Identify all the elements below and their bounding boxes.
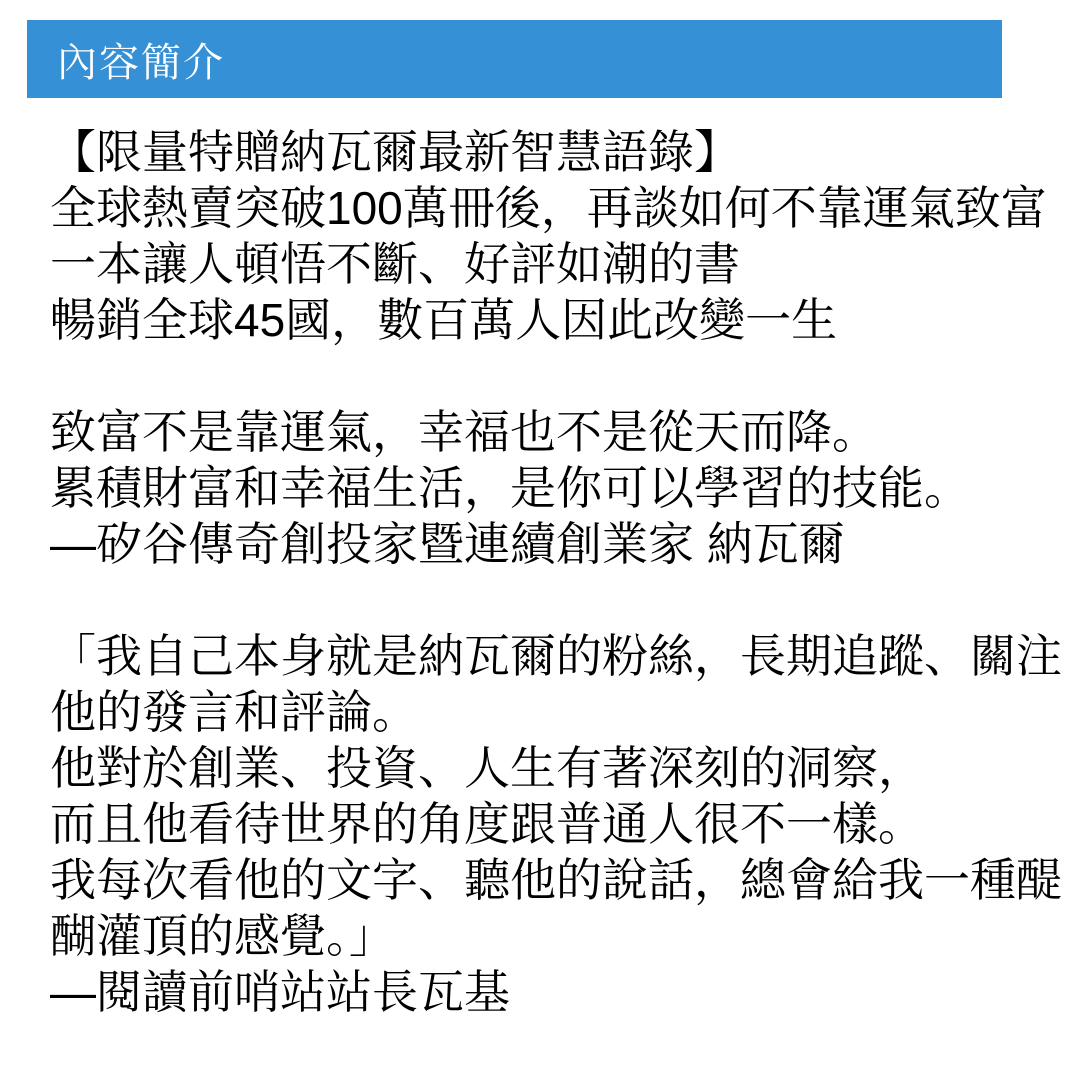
text-line: 「我自己本身就是納瓦爾的粉絲，長期追蹤、關注 <box>50 628 1035 684</box>
content-intro-page: 內容簡介 【限量特贈納瓦爾最新智慧語錄】 全球熱賣突破100萬冊後，再談如何不靠… <box>0 0 1080 1070</box>
section-header-banner: 內容簡介 <box>27 20 1002 98</box>
text-line: 我每次看他的文字、聽他的說話，總會給我一種醍 <box>50 852 1035 908</box>
text-line: 致富不是靠運氣，幸福也不是從天而降。 <box>50 404 1035 460</box>
paragraph-promo: 【限量特贈納瓦爾最新智慧語錄】 全球熱賣突破100萬冊後，再談如何不靠運氣致富 … <box>50 124 1035 348</box>
section-title: 內容簡介 <box>57 31 225 88</box>
text-line: 一本讓人頓悟不斷、好評如潮的書 <box>50 236 1035 292</box>
text-line: 暢銷全球45國，數百萬人因此改變一生 <box>50 292 1035 348</box>
text-line: 全球熱賣突破100萬冊後，再談如何不靠運氣致富 <box>50 180 1035 236</box>
book-description: 【限量特贈納瓦爾最新智慧語錄】 全球熱賣突破100萬冊後，再談如何不靠運氣致富 … <box>50 124 1035 1020</box>
text-line: 累積財富和幸福生活，是你可以學習的技能。 <box>50 460 1035 516</box>
text-line: 他對於創業、投資、人生有著深刻的洞察， <box>50 740 1035 796</box>
text-line: 醐灌頂的感覺。」 <box>50 908 1035 964</box>
text-line: —矽谷傳奇創投家暨連續創業家 納瓦爾 <box>50 516 1035 572</box>
text-line: 他的發言和評論。 <box>50 684 1035 740</box>
text-line: 而且他看待世界的角度跟普通人很不一樣。 <box>50 796 1035 852</box>
text-line: 【限量特贈納瓦爾最新智慧語錄】 <box>50 124 1035 180</box>
paragraph-author-quote: 致富不是靠運氣，幸福也不是從天而降。 累積財富和幸福生活，是你可以學習的技能。 … <box>50 404 1035 572</box>
paragraph-testimonial: 「我自己本身就是納瓦爾的粉絲，長期追蹤、關注 他的發言和評論。 他對於創業、投資… <box>50 628 1035 1020</box>
text-line: —閱讀前哨站站長瓦基 <box>50 964 1035 1020</box>
